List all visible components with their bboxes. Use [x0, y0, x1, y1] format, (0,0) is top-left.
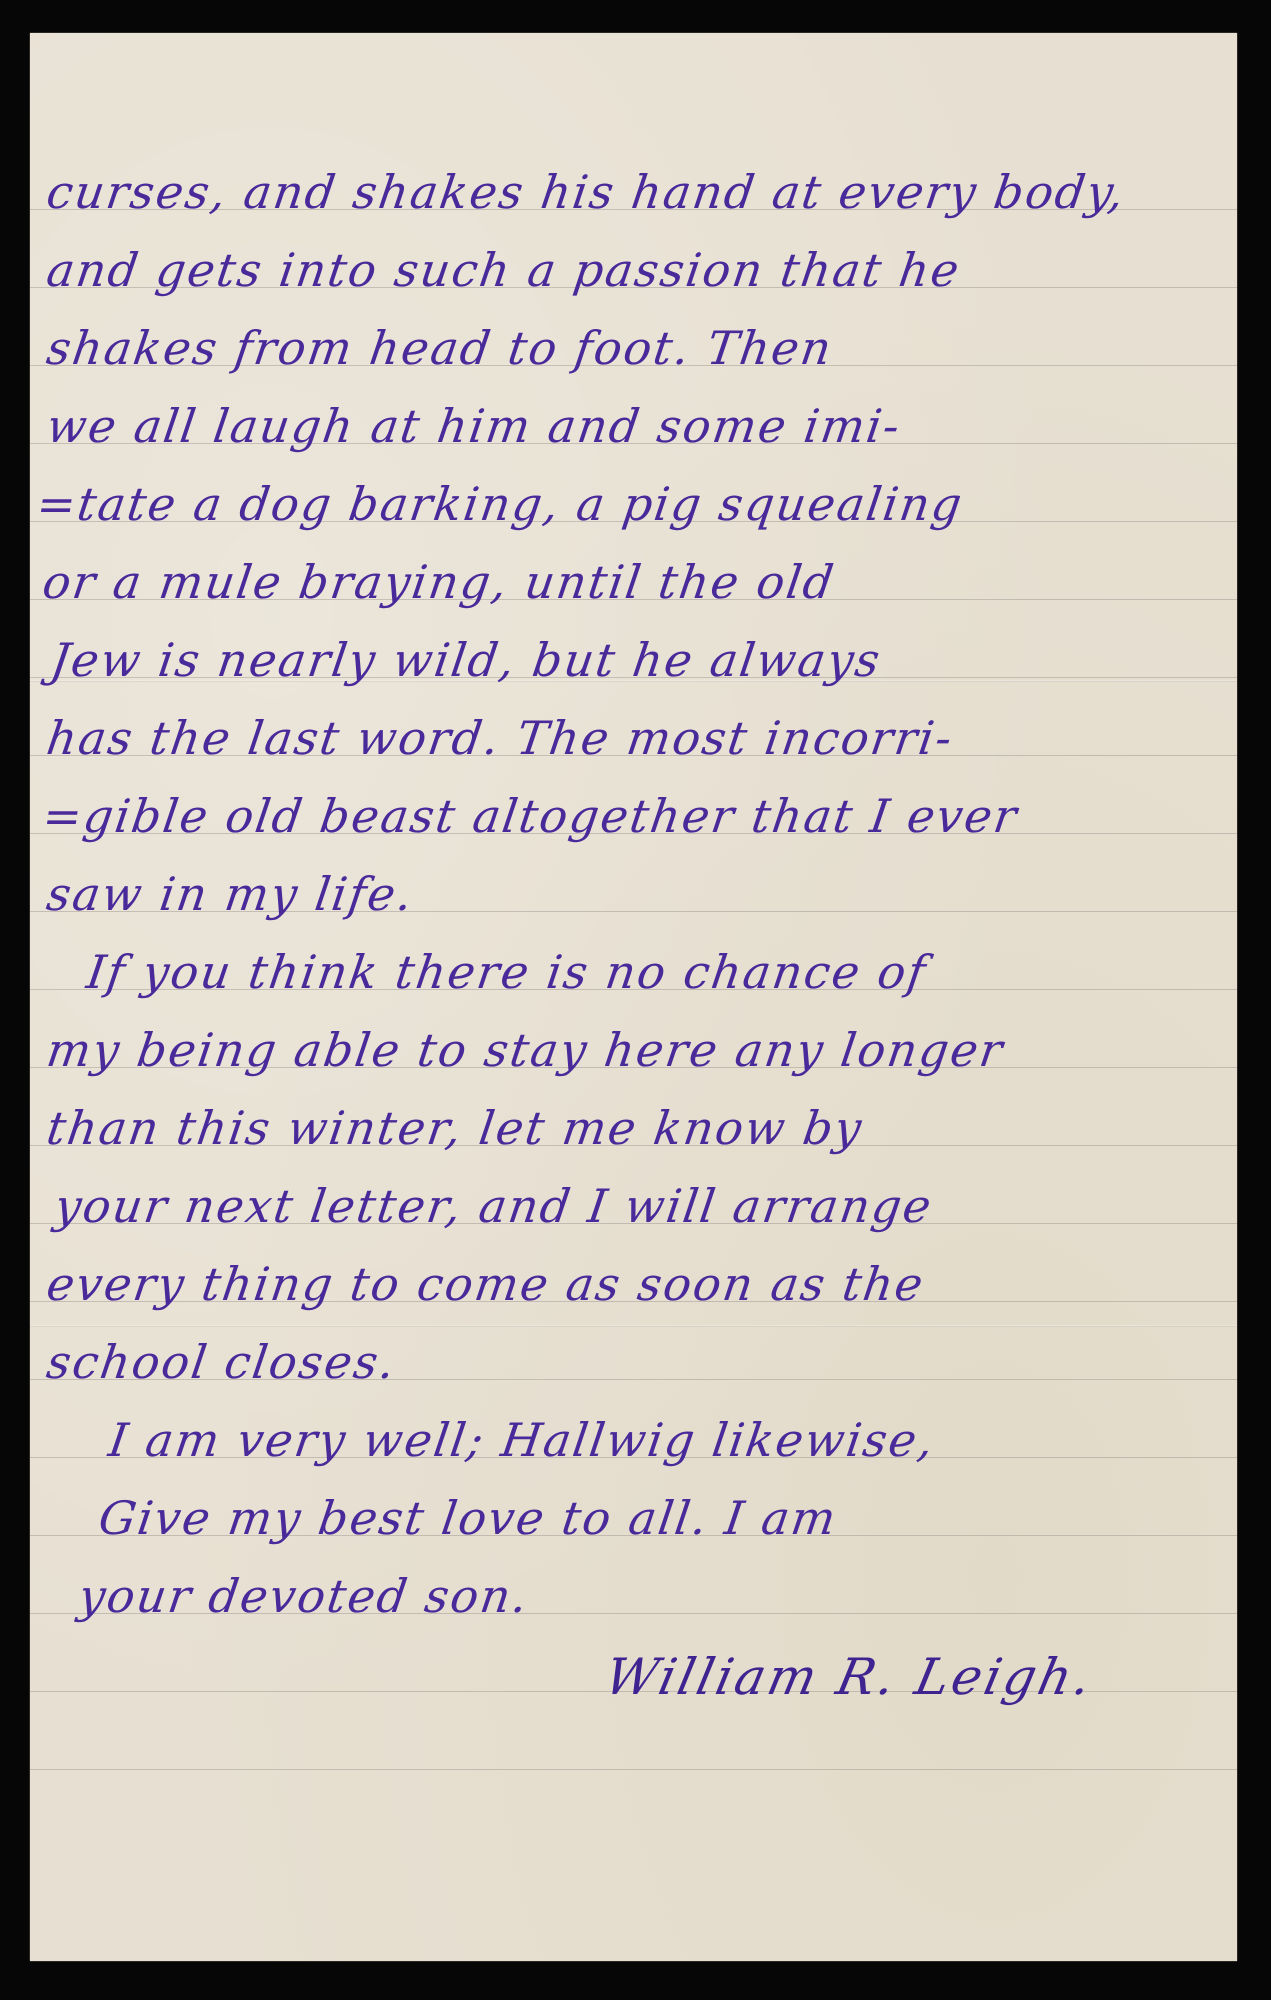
- letter-line-14: your next letter, and I will arrange: [52, 1183, 936, 1229]
- letter-line-1: curses, and shakes his hand at every bod…: [44, 169, 1129, 215]
- letter-line-10: saw in my life.: [44, 871, 417, 917]
- letter-line-4: we all laugh at him and some imi-: [44, 403, 904, 449]
- letter-line-9: =gible old beast altogether that I ever: [40, 793, 1021, 839]
- letter-page: curses, and shakes his hand at every bod…: [30, 33, 1237, 1961]
- letter-line-7: Jew is nearly wild, but he always: [48, 637, 884, 683]
- letter-line-12: my being able to stay here any longer: [44, 1027, 1007, 1073]
- letter-line-8: has the last word. The most incorri-: [44, 715, 957, 761]
- letter-line-3: shakes from head to foot. Then: [44, 325, 836, 371]
- letter-line-5: =tate a dog barking, a pig squealing: [34, 481, 966, 527]
- letter-line-2: and gets into such a passion that he: [44, 247, 964, 293]
- letter-line-11: If you think there is no chance of: [84, 949, 930, 995]
- letter-line-15: every thing to come as soon as the: [44, 1261, 928, 1307]
- letter-line-16: school closes.: [44, 1339, 399, 1385]
- letter-line-6: or a mule braying, until the old: [40, 559, 838, 605]
- letter-line-13: than this winter, let me know by: [44, 1105, 866, 1151]
- letter-body: curses, and shakes his hand at every bod…: [30, 33, 1237, 1961]
- letter-line-17: I am very well; Hallwig likewise,: [106, 1417, 938, 1463]
- letter-line-18: Give my best love to all. I am: [96, 1495, 840, 1541]
- signature: William R. Leigh.: [600, 1648, 1099, 1706]
- letter-line-19: your devoted son.: [76, 1573, 532, 1619]
